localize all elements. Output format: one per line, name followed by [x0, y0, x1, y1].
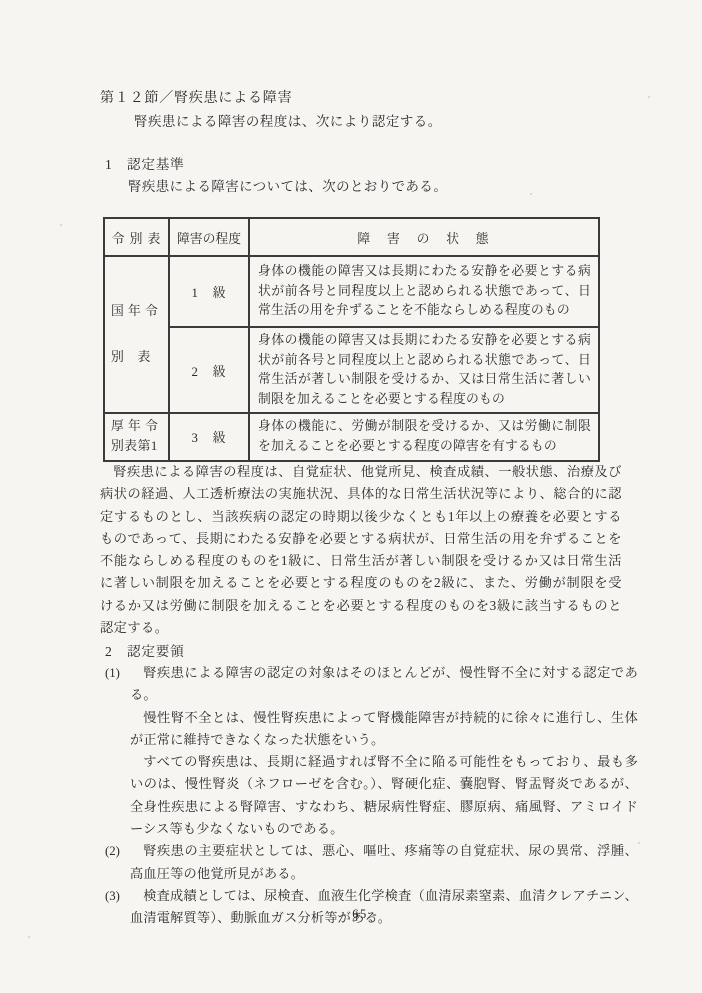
item2-paragraph-1: 腎疾患の主要症状としては、悪心、嘔吐、疼痛等の自覚症状、尿の異常、浮腫、高血圧等…	[130, 840, 638, 885]
section2-number: 2	[105, 644, 127, 660]
scan-speck	[60, 224, 62, 226]
section1-paragraph: 腎疾患による障害の程度は、自覚症状、他覚所見、検査成績、一般状態、治療及び病状の…	[100, 461, 622, 639]
section2-label: 認定要領	[127, 644, 185, 659]
page-intro: 腎疾患による障害の程度は、次により認定する。	[134, 111, 442, 130]
law-line-2: 別 表	[111, 348, 166, 367]
law-cell-kokunenrei: 国 年 令 別 表	[104, 256, 169, 413]
column-header-grade: 障害の程度	[169, 218, 249, 256]
grade-cell-3: 3 級	[169, 413, 249, 460]
column-header-law-table: 令 別 表	[104, 218, 169, 256]
section2-items: (1) 腎疾患による障害の認定の対象はそのほとんどが、慢性腎不全に対する認定であ…	[105, 662, 638, 930]
list-item-marker: (1)	[105, 662, 130, 684]
table-row: 厚 年 令 別表第1 3 級 身体の機能に、労働が制限を受けるか、又は労働に制限…	[104, 413, 599, 460]
law-cell-konenrei: 厚 年 令 別表第1	[104, 413, 169, 460]
scan-speck	[530, 193, 532, 195]
state-cell-1: 身体の機能の障害又は長期にわたる安静を必要とする病状が前各号と同程度以上と認めら…	[249, 256, 599, 327]
table-row: 国 年 令 別 表 1 級 身体の機能の障害又は長期にわたる安静を必要とする病状…	[104, 256, 599, 327]
list-item-1: (1) 腎疾患による障害の認定の対象はそのほとんどが、慢性腎不全に対する認定であ…	[105, 662, 638, 840]
column-header-state: 障 害 の 状 態	[249, 218, 599, 256]
document-page: 第１２節／腎疾患による障害 腎疾患による障害の程度は、次により認定する。 1認定…	[0, 0, 702, 993]
grade-cell-1: 1 級	[169, 256, 249, 327]
scan-speck	[648, 96, 650, 98]
page-number: - 65 -	[100, 907, 620, 922]
state-cell-3: 身体の機能に、労働が制限を受けるか、又は労働に制限を加えることを必要とする程度の…	[249, 413, 599, 460]
section1-number: 1	[105, 157, 127, 173]
section2-heading: 2認定要領	[105, 640, 185, 660]
law-line-2: 別表第1	[111, 437, 166, 456]
list-item-marker: (2)	[105, 840, 130, 862]
scan-speck	[638, 842, 640, 844]
table-header-row: 令 別 表 障害の程度 障 害 の 状 態	[104, 218, 599, 256]
disability-grade-table: 令 別 表 障害の程度 障 害 の 状 態 国 年 令 別 表 1 級 身体の機…	[103, 217, 600, 462]
section1-heading: 1認定基準	[105, 153, 185, 173]
list-item-body: 腎疾患の主要症状としては、悪心、嘔吐、疼痛等の自覚症状、尿の異常、浮腫、高血圧等…	[130, 840, 638, 885]
item1-paragraph-2: 慢性腎不全とは、慢性腎疾患によって腎機能障害が持続的に徐々に進行し、生体が正常に…	[130, 707, 638, 752]
item1-paragraph-3: すべての腎疾患は、長期に経過すれば腎不全に陥る可能性をもっており、最も多いのは、…	[130, 751, 638, 840]
state-cell-2: 身体の機能の障害又は長期にわたる安静を必要とする病状が前各号と同程度以上と認めら…	[249, 327, 599, 413]
section1-intro: 腎疾患による障害については、次のとおりである。	[128, 176, 447, 195]
list-item-body: 腎疾患による障害の認定の対象はそのほとんどが、慢性腎不全に対する認定である。 慢…	[130, 662, 638, 840]
table-row: 2 級 身体の機能の障害又は長期にわたる安静を必要とする病状が前各号と同程度以上…	[104, 327, 599, 413]
item1-paragraph-1: 腎疾患による障害の認定の対象はそのほとんどが、慢性腎不全に対する認定である。	[130, 662, 638, 707]
list-item-2: (2) 腎疾患の主要症状としては、悪心、嘔吐、疼痛等の自覚症状、尿の異常、浮腫、…	[105, 840, 638, 885]
scan-speck	[28, 936, 30, 938]
law-line-1: 厚 年 令	[111, 417, 166, 436]
page-title: 第１２節／腎疾患による障害	[100, 87, 292, 107]
list-item-marker: (3)	[105, 885, 130, 907]
law-line-1: 国 年 令	[111, 302, 166, 321]
grade-cell-2: 2 級	[169, 327, 249, 413]
section1-label: 認定基準	[127, 157, 185, 172]
